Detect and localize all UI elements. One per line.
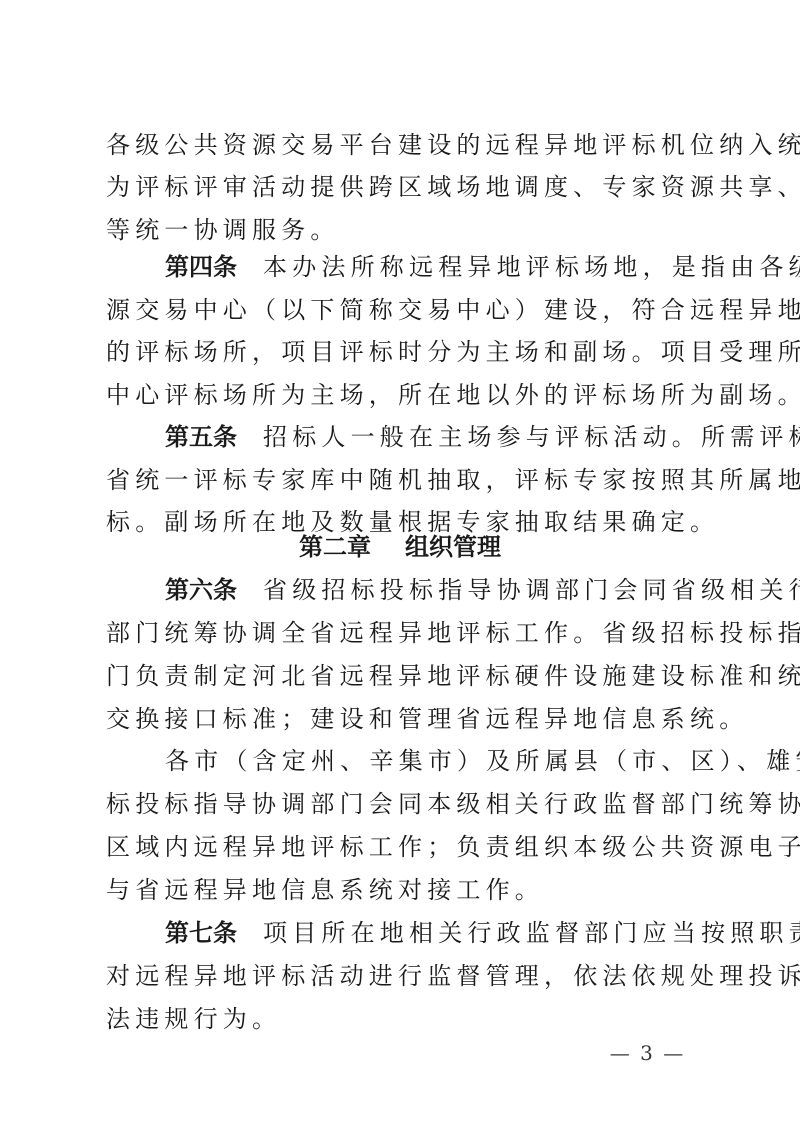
article-7-line: 第七条项目所在地相关行政监督部门应当按照职责分工， (165, 918, 765, 948)
paragraph-line: 源交易中心（以下简称交易中心）建设，符合远程异地评标要求 (106, 295, 706, 325)
paragraph-line: 法违规行为。 (106, 1004, 706, 1034)
article-5-line: 第五条招标人一般在主场参与评标活动。所需评标专家从 (165, 422, 765, 452)
paragraph-line: 为评标评审活动提供跨区域场地调度、专家资源共享、资料归档 (106, 172, 706, 202)
paragraph-text: 省级招标投标指导协调部门会同省级相关行政监督 (263, 576, 800, 604)
chapter-heading: 第二章组织管理 (0, 532, 800, 562)
paragraph-line: 中心评标场所为主场，所在地以外的评标场所为副场。 (106, 380, 706, 410)
document-page: 各级公共资源交易平台建设的远程异地评标机位纳入统一调度， 为评标评审活动提供跨区… (0, 0, 800, 1132)
paragraph-text: 招标人一般在主场参与评标活动。所需评标专家从 (263, 423, 800, 451)
chapter-number: 第二章 (299, 533, 371, 561)
paragraph-line: 门负责制定河北省远程异地评标硬件设施建设标准和统一的数据 (106, 661, 706, 691)
chapter-title: 组织管理 (405, 533, 501, 561)
paragraph-line: 标投标指导协调部门会同本级相关行政监督部门统筹协调本行政 (106, 789, 706, 819)
paragraph-line: 省统一评标专家库中随机抽取，评标专家按照其所属地参与评 (106, 465, 706, 495)
paragraph-line: 部门统筹协调全省远程异地评标工作。省级招标投标指导协调部 (106, 618, 706, 648)
article-label: 第六条 (165, 576, 237, 604)
article-label: 第七条 (165, 919, 237, 947)
article-4-line: 第四条本办法所称远程异地评标场地，是指由各级公共资 (165, 252, 765, 282)
article-6-line: 第六条省级招标投标指导协调部门会同省级相关行政监督 (165, 575, 765, 605)
page-number: — 3 — (605, 1040, 690, 1066)
paragraph-line: 区域内远程异地评标工作；负责组织本级公共资源电子交易系统 (106, 832, 706, 862)
article-label: 第四条 (165, 253, 237, 281)
paragraph-text: 项目所在地相关行政监督部门应当按照职责分工， (263, 919, 800, 947)
article-label: 第五条 (165, 423, 237, 451)
paragraph-line: 交换接口标准；建设和管理省远程异地信息系统。 (106, 704, 706, 734)
paragraph-text: 本办法所称远程异地评标场地，是指由各级公共资 (263, 253, 800, 281)
paragraph-line: 的评标场所，项目评标时分为主场和副场。项目受理所在地交易 (106, 337, 706, 367)
paragraph-line: 对远程异地评标活动进行监督管理，依法依规处理投诉、查处违 (106, 961, 706, 991)
paragraph-line: 各市（含定州、辛集市）及所属县（市、区）、雄安新区招 (165, 746, 765, 776)
paragraph-line: 各级公共资源交易平台建设的远程异地评标机位纳入统一调度， (106, 130, 706, 160)
paragraph-line: 与省远程异地信息系统对接工作。 (106, 875, 706, 905)
paragraph-line: 等统一协调服务。 (106, 215, 706, 245)
